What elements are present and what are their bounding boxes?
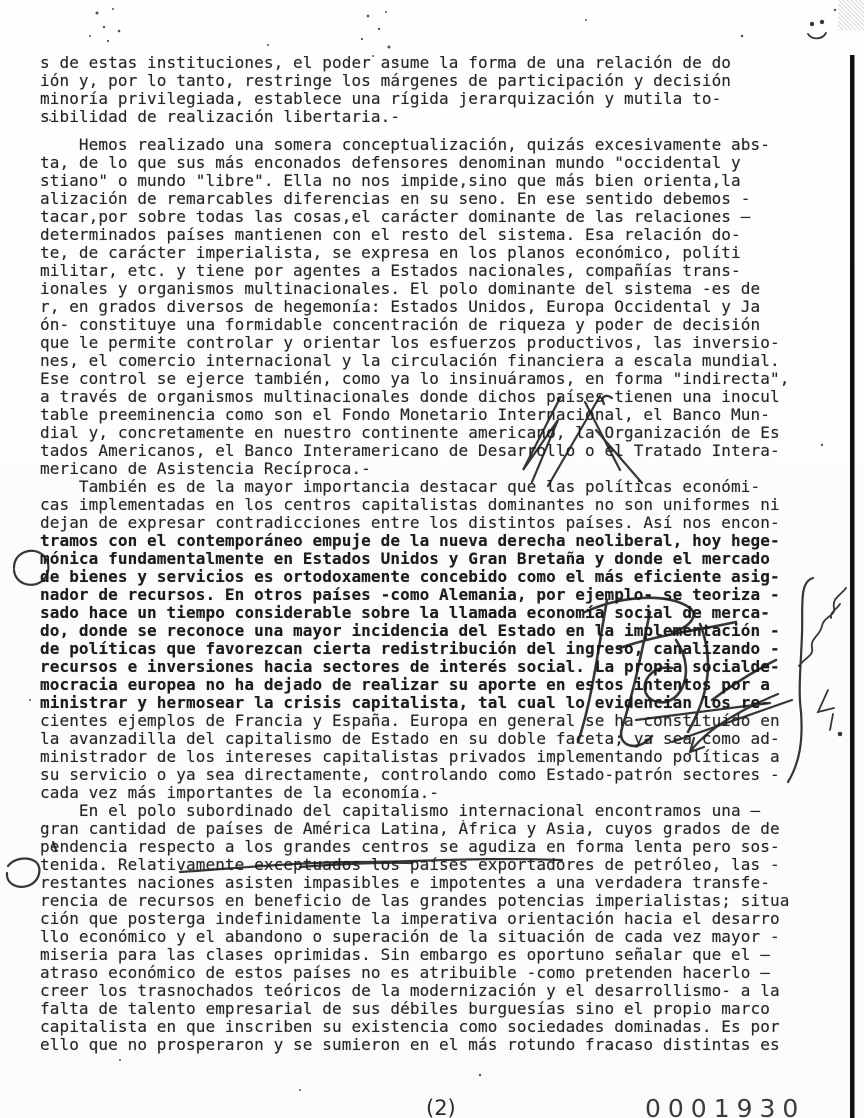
text-line: sibilidad de realización libertaria.- bbox=[40, 108, 820, 126]
scan-edge-line bbox=[850, 55, 855, 1118]
text-line: la avanzadilla del capitalismo de Estado… bbox=[40, 730, 820, 748]
page-number: (2) bbox=[426, 1096, 456, 1118]
stamp-number: 0001930 bbox=[645, 1094, 805, 1118]
paragraph: Hemos realizado una somera conceptualiza… bbox=[40, 136, 820, 478]
text-line: militar, etc. y tiene por agentes a Esta… bbox=[40, 262, 820, 280]
text-line: ta, de lo que sus más enconados defensor… bbox=[40, 154, 820, 172]
paragraph: También es de la mayor importancia desta… bbox=[40, 478, 820, 802]
text-line: determinados países mantienen con el res… bbox=[40, 226, 820, 244]
corner-mark-icon bbox=[808, 21, 826, 39]
text-line: nador de recursos. En otros países -como… bbox=[40, 586, 820, 604]
text-line: tramos con el contemporáneo empuje de la… bbox=[40, 532, 820, 550]
text-line: También es de la mayor importancia desta… bbox=[40, 478, 820, 496]
text-line: capitalista en que inscriben su existenc… bbox=[40, 1018, 820, 1036]
text-line: r, en grados diversos de hegemonía: Esta… bbox=[40, 298, 820, 316]
text-line: mónica fundamentalmente en Estados Unido… bbox=[40, 550, 820, 568]
text-line: tados Americanos, el Banco Interamerican… bbox=[40, 442, 820, 460]
text-line: recursos e inversiones hacia sectores de… bbox=[40, 658, 820, 676]
text-line: mocracia europea no ha dejado de realiza… bbox=[40, 676, 820, 694]
text-line: cada vez más importantes de la economía.… bbox=[40, 784, 820, 802]
text-line: gran cantidad de países de América Latin… bbox=[40, 820, 820, 838]
text-line: alización de remarcables diferencias en … bbox=[40, 190, 820, 208]
text-line: que le permite controlar y orientar los … bbox=[40, 334, 820, 352]
text-line: ionales y organismos multinacionales. El… bbox=[40, 280, 820, 298]
text-line: stiano" o mundo "libre". Ella no nos imp… bbox=[40, 172, 820, 190]
text-line: ello que no prosperaron y se sumieron en… bbox=[40, 1036, 820, 1054]
text-line: En el polo subordinado del capitalismo i… bbox=[40, 802, 820, 820]
text-line: miseria para las clases oprimidas. Sin e… bbox=[40, 946, 820, 964]
paragraph: En el polo subordinado del capitalismo i… bbox=[40, 802, 820, 1054]
text-line: dial y, concretamente en nuestro contine… bbox=[40, 424, 820, 442]
text-line: mericano de Asistencia Recíproca.- bbox=[40, 460, 820, 478]
text-line: falta de talento empresarial de sus débi… bbox=[40, 1000, 820, 1018]
text-line: pendencia respecto a los grandes centros… bbox=[40, 838, 820, 856]
text-line: cas implementadas en los centros capital… bbox=[40, 496, 820, 514]
text-line: creer los trasnochados teóricos de la mo… bbox=[40, 982, 820, 1000]
text-line: te, de carácter imperialista, se expresa… bbox=[40, 244, 820, 262]
text-line: ión y, por lo tanto, restringe los márge… bbox=[40, 72, 820, 90]
text-line: tacar,por sobre todas las cosas,el carác… bbox=[40, 208, 820, 226]
scanned-page: s de estas instituciones, el poder asume… bbox=[0, 0, 864, 1118]
text-block: s de estas instituciones, el poder asume… bbox=[40, 54, 820, 1054]
text-line: rencia de recursos en beneficio de las g… bbox=[40, 892, 820, 910]
text-line: ministrador de los intereses capitalista… bbox=[40, 748, 820, 766]
text-line: llo económico y el abandono o superación… bbox=[40, 928, 820, 946]
text-line: a través de organismos multinacionales d… bbox=[40, 388, 820, 406]
text-line: minoría privilegiada, establece una rígi… bbox=[40, 90, 820, 108]
text-line: ón- constituye una formidable concentrac… bbox=[40, 316, 820, 334]
text-line: de políticas que favorezcan cierta redis… bbox=[40, 640, 820, 658]
text-line: nes, el comercio internacional y la circ… bbox=[40, 352, 820, 370]
text-line: Hemos realizado una somera conceptualiza… bbox=[40, 136, 820, 154]
text-line: ción que posterga indefinidamente la imp… bbox=[40, 910, 820, 928]
text-line: cientes ejemplos de Francia y España. Eu… bbox=[40, 712, 820, 730]
text-line: do, donde se reconoce una mayor incidenc… bbox=[40, 622, 820, 640]
text-line: s de estas instituciones, el poder asume… bbox=[40, 54, 820, 72]
text-line: ministrar y hermosear la crisis capitali… bbox=[40, 694, 820, 712]
scan-noise-corner bbox=[838, 0, 864, 30]
text-line: tenida. Relativamente exceptuados los pa… bbox=[40, 856, 820, 874]
text-line: sado hace un tiempo considerable sobre l… bbox=[40, 604, 820, 622]
text-line: de bienes y servicios es ortodoxamente c… bbox=[40, 568, 820, 586]
text-line: Ese control se ejerce también, como ya l… bbox=[40, 370, 820, 388]
text-line: table preeminencia como son el Fondo Mon… bbox=[40, 406, 820, 424]
text-line: su servicio o ya sea directamente, contr… bbox=[40, 766, 820, 784]
text-line: restantes naciones asisten impasibles e … bbox=[40, 874, 820, 892]
text-line: atraso económico de estos países no es a… bbox=[40, 964, 820, 982]
paragraph: s de estas instituciones, el poder asume… bbox=[40, 54, 820, 126]
text-line: dejan de expresar contradicciones entre … bbox=[40, 514, 820, 532]
